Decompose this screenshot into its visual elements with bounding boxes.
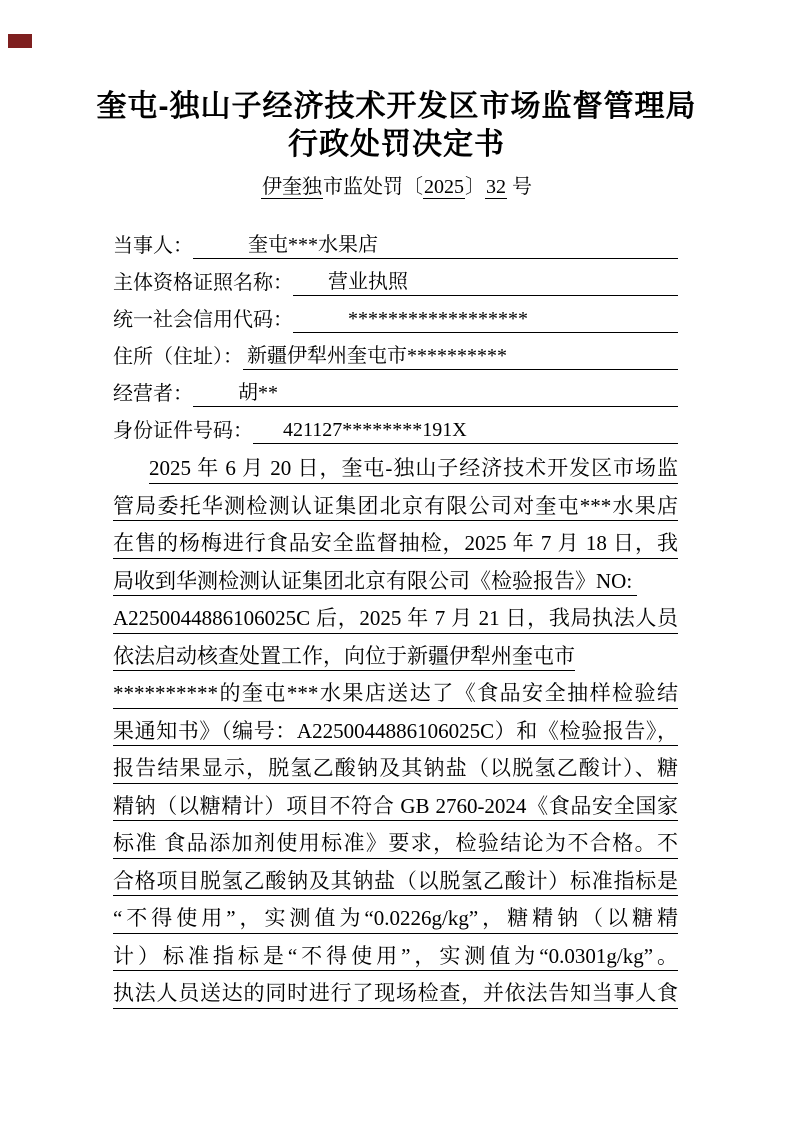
- doc-number-segment: 市监处罚〔: [323, 176, 423, 198]
- field-value: ******************: [293, 307, 528, 331]
- doc-number-filled-segment: 伊奎独: [261, 176, 323, 199]
- body-line: 计）标准指标是“不得使用”，实测值为“0.0301g/kg”。: [113, 934, 678, 972]
- doc-number: 伊奎独市监处罚〔2025〕32 号: [0, 174, 793, 200]
- body-line-text: 精钠（以糖精计）项目不符合 GB 2760-2024《食品安全国家: [113, 793, 678, 821]
- body-line-text: 2025 年 6 月 20 日，奎屯-独山子经济技术开发区市场监: [149, 455, 678, 483]
- body-line: 报告结果显示，脱氢乙酸钠及其钠盐（以脱氢乙酸计）、糖: [113, 746, 678, 784]
- body-line-text: 依法启动核查处置工作，向位于新疆伊犁州奎屯市: [113, 643, 575, 671]
- body-line-text: 标准 食品添加剂使用标准》要求，检验结论为不合格。不: [113, 830, 678, 858]
- field-label: 当事人：: [113, 234, 193, 259]
- field-row: 住所（住址）：新疆伊犁州奎屯市**********: [113, 333, 678, 370]
- body-line: **********的奎屯***水果店送达了《食品安全抽样检验结: [113, 671, 678, 709]
- body-line: “不得使用”，实测值为“0.0226g/kg”，糖精钠（以糖精: [113, 896, 678, 934]
- doc-number-segment: 号: [507, 176, 532, 198]
- page-title: 奎屯-独山子经济技术开发区市场监督管理局 行政处罚决定书: [0, 0, 793, 164]
- field-label: 身份证件号码：: [113, 419, 253, 444]
- field-label: 经营者：: [113, 382, 193, 407]
- field-value: 胡**: [193, 381, 278, 405]
- body-line: 精钠（以糖精计）项目不符合 GB 2760-2024《食品安全国家: [113, 784, 678, 822]
- field-row: 统一社会信用代码：******************: [113, 296, 678, 333]
- fields: 当事人：奎屯***水果店主体资格证照名称：营业执照统一社会信用代码：******…: [113, 222, 678, 444]
- body-line: 执法人员送达的同时进行了现场检查，并依法告知当事人食: [113, 971, 678, 1009]
- field-underline: 421127********191X: [253, 418, 678, 444]
- penalty-decision-document: 奎屯-独山子经济技术开发区市场监督管理局 行政处罚决定书 伊奎独市监处罚〔202…: [0, 0, 793, 1122]
- field-label: 主体资格证照名称：: [113, 271, 293, 296]
- field-row: 经营者：胡**: [113, 370, 678, 407]
- field-label: 住所（住址）：: [113, 345, 243, 370]
- field-underline: 胡**: [193, 381, 678, 407]
- body-line-text: 执法人员送达的同时进行了现场检查，并依法告知当事人食: [113, 980, 678, 1008]
- field-label: 统一社会信用代码：: [113, 308, 293, 333]
- field-value: 营业执照: [293, 270, 408, 294]
- body-line: 局收到华测检测认证集团北京有限公司《检验报告》NO:: [113, 559, 678, 597]
- doc-number-segment: 〕: [465, 176, 485, 198]
- body-line: 在售的杨梅进行食品安全监督抽检，2025 年 7 月 18 日，我: [113, 521, 678, 559]
- field-value: 421127********191X: [253, 418, 467, 442]
- field-underline: 营业执照: [293, 270, 678, 296]
- body-line-text: 果通知书》（编号：A2250044886106025C）和《检验报告》，: [113, 718, 678, 746]
- body-line-text: “不得使用”，实测值为“0.0226g/kg”，糖精钠（以糖精: [113, 905, 678, 933]
- body-line: 果通知书》（编号：A2250044886106025C）和《检验报告》，: [113, 709, 678, 747]
- doc-number-filled-segment: 32: [485, 176, 507, 199]
- body-text: 2025 年 6 月 20 日，奎屯-独山子经济技术开发区市场监管局委托华测检测…: [113, 446, 678, 1009]
- body-line-text: 合格项目脱氢乙酸钠及其钠盐（以脱氢乙酸计）标准指标是: [113, 868, 678, 896]
- field-underline: 奎屯***水果店: [193, 233, 678, 259]
- body-line: A2250044886106025C 后，2025 年 7 月 21 日，我局执…: [113, 596, 678, 634]
- body-line: 管局委托华测检测认证集团北京有限公司对奎屯***水果店: [113, 484, 678, 522]
- body-line-text: 管局委托华测检测认证集团北京有限公司对奎屯***水果店: [113, 493, 678, 521]
- field-value: 奎屯***水果店: [193, 233, 378, 257]
- field-row: 主体资格证照名称：营业执照: [113, 259, 678, 296]
- title-line-2: 行政处罚决定书: [0, 126, 793, 164]
- body-line-text: 局收到华测检测认证集团北京有限公司《检验报告》NO:: [113, 568, 637, 596]
- body-line: 2025 年 6 月 20 日，奎屯-独山子经济技术开发区市场监: [113, 446, 678, 484]
- body-line-text: **********的奎屯***水果店送达了《食品安全抽样检验结: [113, 680, 678, 708]
- field-underline: 新疆伊犁州奎屯市**********: [243, 344, 678, 370]
- body-line: 依法启动核查处置工作，向位于新疆伊犁州奎屯市: [113, 634, 678, 672]
- field-row: 身份证件号码：421127********191X: [113, 407, 678, 444]
- body-line-text: A2250044886106025C 后，2025 年 7 月 21 日，我局执…: [113, 605, 678, 633]
- title-line-1: 奎屯-独山子经济技术开发区市场监督管理局: [0, 88, 793, 126]
- body-line-text: 在售的杨梅进行食品安全监督抽检，2025 年 7 月 18 日，我: [113, 530, 678, 558]
- field-row: 当事人：奎屯***水果店: [113, 222, 678, 259]
- body-line: 标准 食品添加剂使用标准》要求，检验结论为不合格。不: [113, 821, 678, 859]
- field-underline: ******************: [293, 307, 678, 333]
- field-value: 新疆伊犁州奎屯市**********: [243, 344, 507, 368]
- doc-number-filled-segment: 2025: [423, 176, 465, 199]
- body-line-text: 报告结果显示，脱氢乙酸钠及其钠盐（以脱氢乙酸计）、糖: [113, 755, 678, 783]
- body-line-text: 计）标准指标是“不得使用”，实测值为“0.0301g/kg”。: [113, 943, 678, 971]
- body-line: 合格项目脱氢乙酸钠及其钠盐（以脱氢乙酸计）标准指标是: [113, 859, 678, 897]
- corner-mark: [8, 34, 32, 48]
